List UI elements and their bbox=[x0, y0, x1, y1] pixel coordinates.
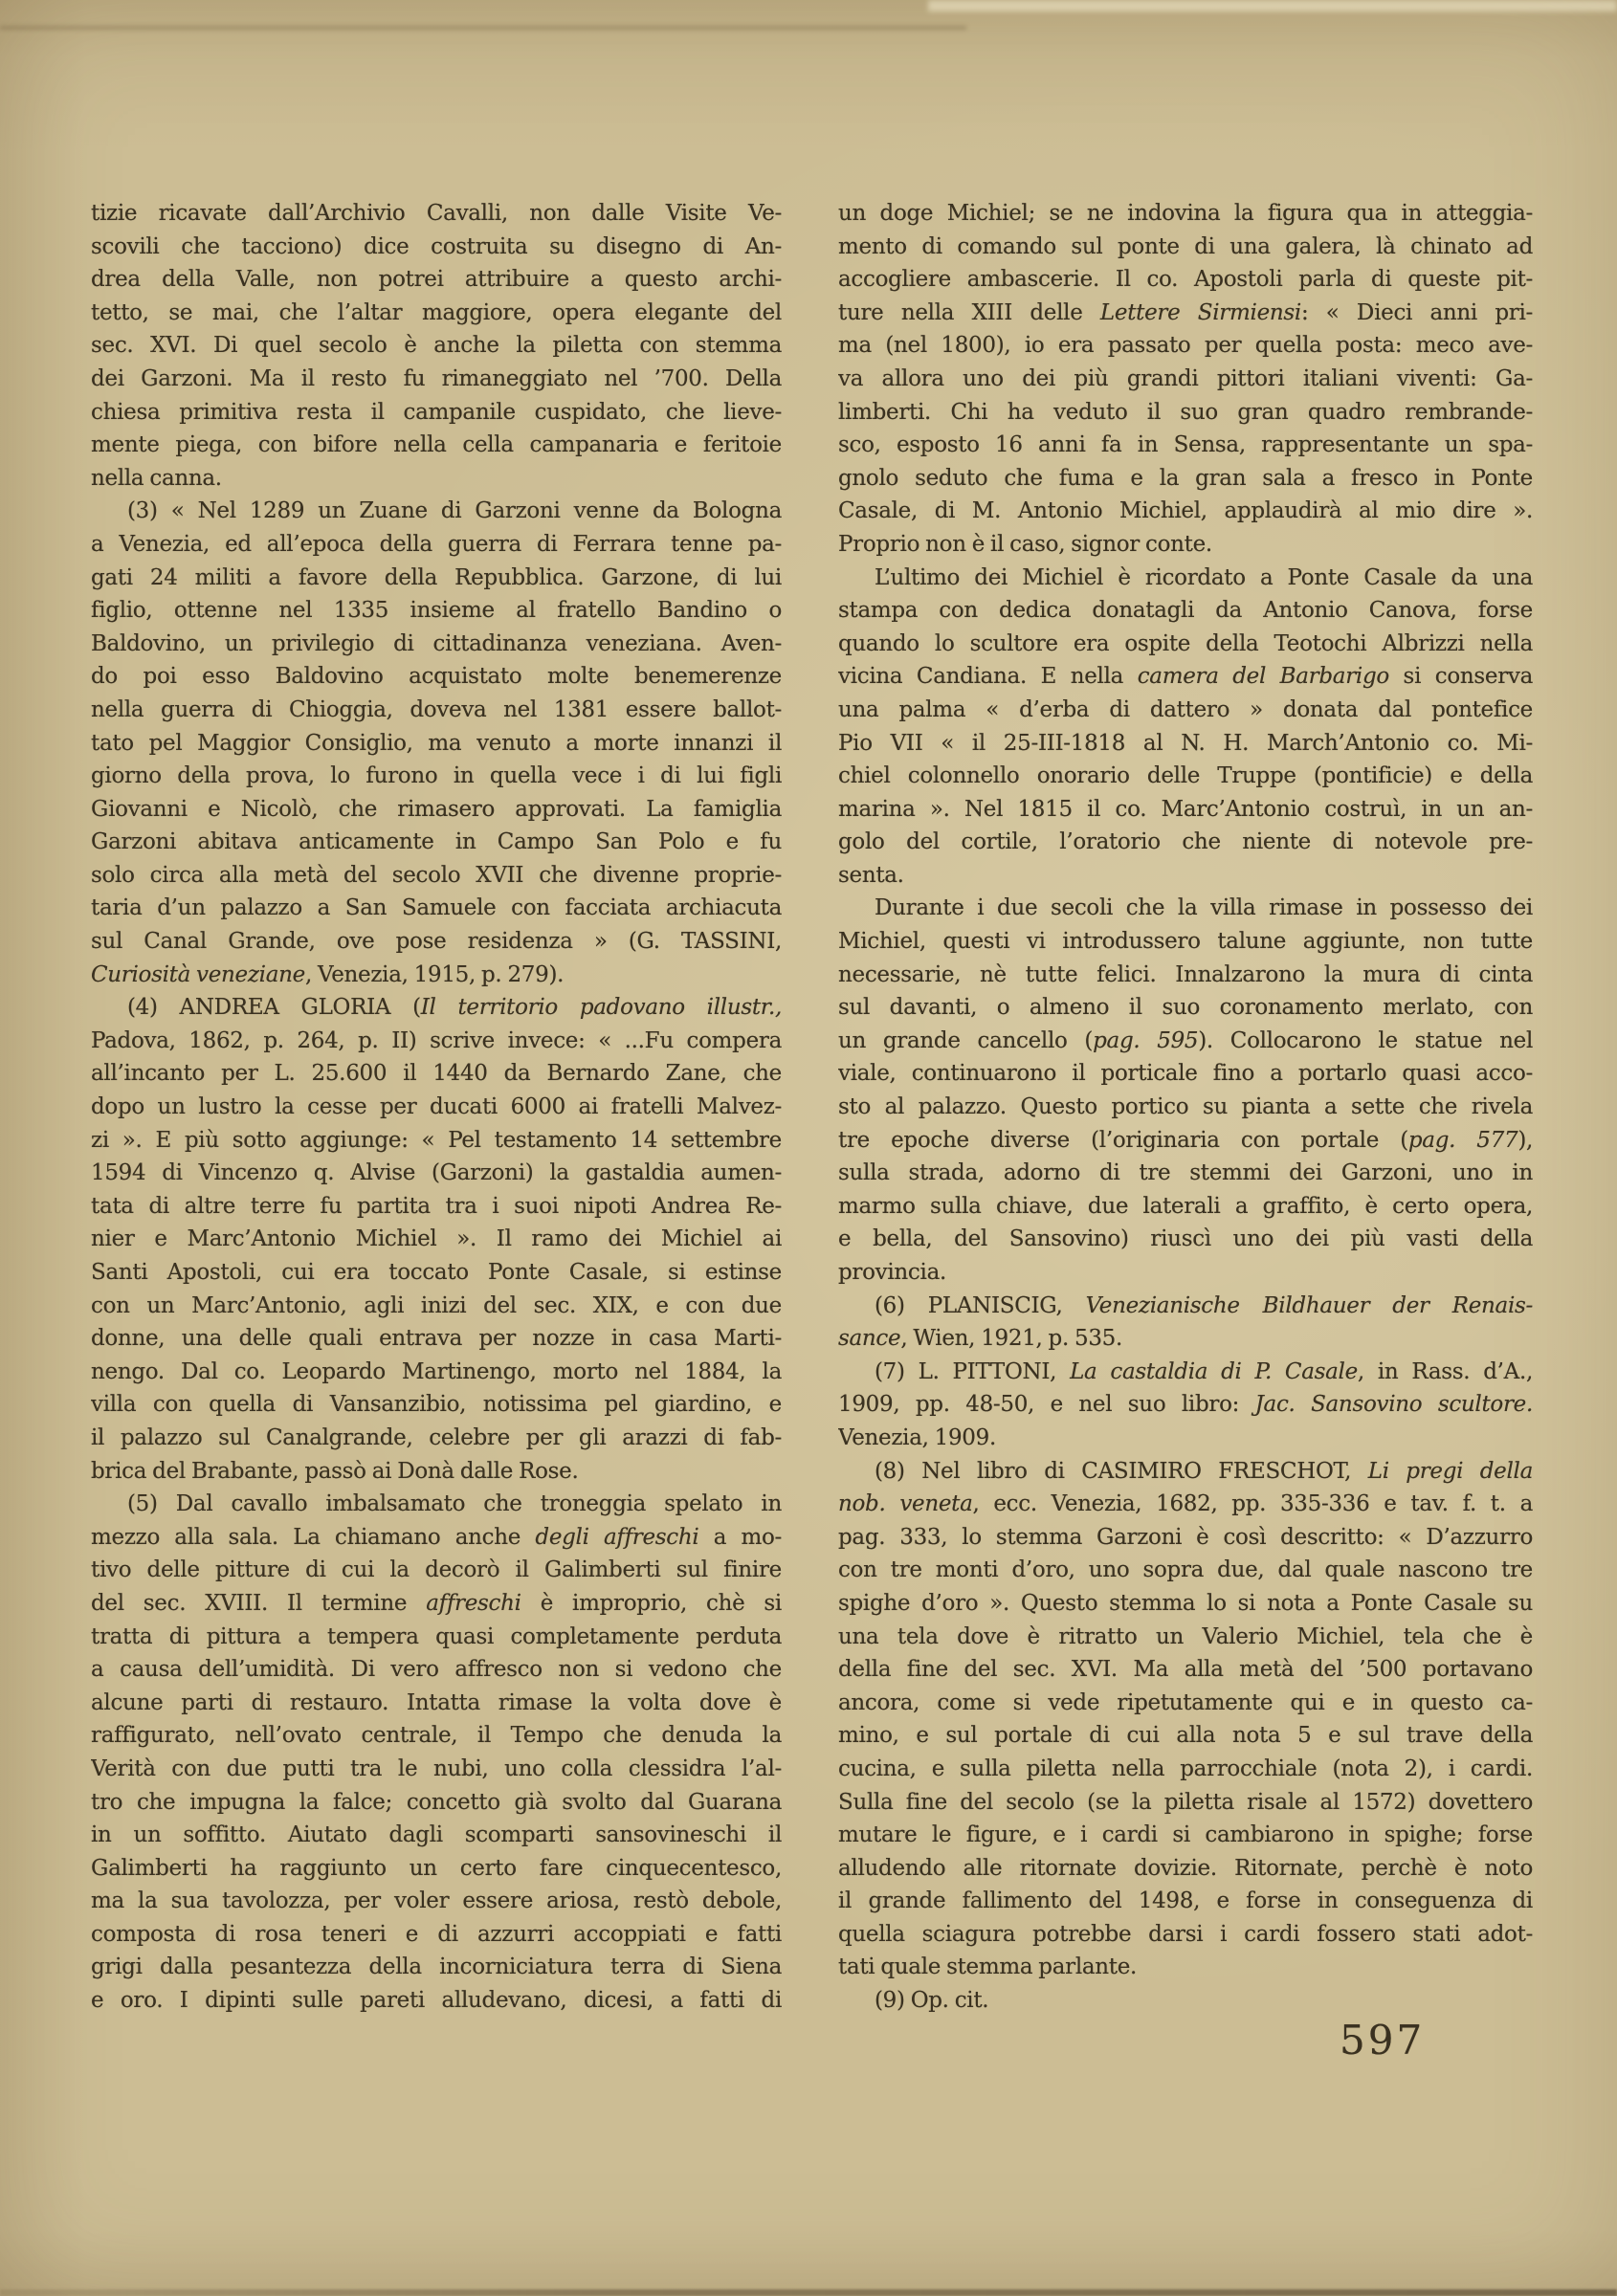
text-line: taria d’un palazzo a San Samuele con fac… bbox=[91, 892, 782, 925]
page-number: 597 bbox=[1340, 2017, 1425, 2064]
text-line: tratta di pittura a tempera quasi comple… bbox=[91, 1621, 782, 1654]
text-line: quella sciagura potrebbe darsi i cardi f… bbox=[838, 1918, 1533, 1952]
text-column-left: tizie ricavate dall’Archivio Cavalli, no… bbox=[91, 197, 782, 2018]
text-line: (5) Dal cavallo imbalsamato che troneggi… bbox=[91, 1488, 782, 1521]
text-line: ture nella XIII delle Lettere Sirmiensi:… bbox=[838, 297, 1533, 330]
text-line: senta. bbox=[838, 859, 1533, 893]
text-line: figlio, ottenne nel 1335 insieme al frat… bbox=[91, 594, 782, 628]
text-line: una tela dove è ritratto un Valerio Mich… bbox=[838, 1621, 1533, 1654]
text-line: quando lo scultore era ospite della Teot… bbox=[838, 628, 1533, 661]
text-line: gnolo seduto che fuma e la gran sala a f… bbox=[838, 462, 1533, 496]
text-line: mino, e sul portale di cui alla nota 5 e… bbox=[838, 1719, 1533, 1753]
text-line: gati 24 militi a favore della Repubblica… bbox=[91, 562, 782, 595]
text-line: in un soffitto. Aiutato dagli scomparti … bbox=[91, 1819, 782, 1852]
text-line: a causa dell’umidità. Di vero affresco n… bbox=[91, 1653, 782, 1687]
text-line: L’ultimo dei Michiel è ricordato a Ponte… bbox=[838, 562, 1533, 595]
text-line: sul Canal Grande, ove pose residenza » (… bbox=[91, 925, 782, 959]
text-line: e bella, del Sansovino) riuscì uno dei p… bbox=[838, 1223, 1533, 1256]
text-line: scovili che tacciono) dice costruita su … bbox=[91, 231, 782, 264]
text-line: tre epoche diverse (l’originaria con por… bbox=[838, 1124, 1533, 1158]
text-line: Curiosità veneziane, Venezia, 1915, p. 2… bbox=[91, 959, 782, 992]
text-line: va allora uno dei più grandi pittori ita… bbox=[838, 363, 1533, 396]
text-line: una palma « d’erba di dattero » donata d… bbox=[838, 694, 1533, 727]
text-line: ancora, come si vede ripetutamente qui e… bbox=[838, 1687, 1533, 1720]
text-line: 1909, pp. 48-50, e nel suo libro: Jac. S… bbox=[838, 1388, 1533, 1422]
text-line: chiel colonnello onorario delle Truppe (… bbox=[838, 760, 1533, 793]
text-line: Verità con due putti tra le nubi, uno co… bbox=[91, 1753, 782, 1786]
text-line: Durante i due secoli che la villa rimase… bbox=[838, 892, 1533, 925]
text-line: Santi Apostoli, cui era toccato Ponte Ca… bbox=[91, 1256, 782, 1290]
text-line: sulla strada, adorno di tre stemmi dei G… bbox=[838, 1157, 1533, 1190]
text-line: il grande fallimento del 1498, e forse i… bbox=[838, 1885, 1533, 1918]
text-line: a Venezia, ed all’epoca della guerra di … bbox=[91, 528, 782, 562]
text-line: alludendo alle ritornate dovizie. Ritorn… bbox=[838, 1852, 1533, 1886]
text-line: marmo sulla chiave, due laterali a graff… bbox=[838, 1190, 1533, 1224]
text-line: spighe d’oro ». Questo stemma lo si nota… bbox=[838, 1587, 1533, 1621]
text-line: (4) ANDREA GLORIA (Il territorio padovan… bbox=[91, 991, 782, 1025]
text-line: Michiel, questi vi introdussero talune a… bbox=[838, 925, 1533, 959]
text-line: tetto, se mai, che l’altar maggiore, ope… bbox=[91, 297, 782, 330]
text-line: ma la sua tavolozza, per voler essere ar… bbox=[91, 1885, 782, 1918]
text-line: Baldovino, un privilegio di cittadinanza… bbox=[91, 628, 782, 661]
text-line: mutare le figure, e i cardi si cambiaron… bbox=[838, 1819, 1533, 1852]
text-line: un grande cancello (pag. 595). Collocaro… bbox=[838, 1025, 1533, 1058]
text-line: nob. veneta, ecc. Venezia, 1682, pp. 335… bbox=[838, 1488, 1533, 1521]
text-line: sance, Wien, 1921, p. 535. bbox=[838, 1322, 1533, 1356]
text-line: un doge Michiel; se ne indovina la figur… bbox=[838, 197, 1533, 231]
text-line: il palazzo sul Canalgrande, celebre per … bbox=[91, 1422, 782, 1455]
text-line: sto al palazzo. Questo portico su pianta… bbox=[838, 1091, 1533, 1124]
text-line: marina ». Nel 1815 il co. Marc’Antonio c… bbox=[838, 793, 1533, 827]
text-line: zi ». E più sotto aggiunge: « Pel testam… bbox=[91, 1124, 782, 1158]
text-line: drea della Valle, non potrei attribuire … bbox=[91, 263, 782, 297]
text-line: tato pel Maggior Consiglio, ma venuto a … bbox=[91, 727, 782, 761]
text-line: grigi dalla pesantezza della incorniciat… bbox=[91, 1951, 782, 1984]
text-line: viale, continuarono il porticale fino a … bbox=[838, 1057, 1533, 1091]
text-line: golo del cortile, l’oratorio che niente … bbox=[838, 826, 1533, 859]
text-line: e oro. I dipinti sulle pareti alludevano… bbox=[91, 1984, 782, 2018]
text-line: nella guerra di Chioggia, doveva nel 138… bbox=[91, 694, 782, 727]
text-line: tizie ricavate dall’Archivio Cavalli, no… bbox=[91, 197, 782, 231]
text-line: composta di rosa teneri e di azzurri acc… bbox=[91, 1918, 782, 1952]
scan-artifact-top-light bbox=[928, 0, 1617, 11]
text-line: Pio VII « il 25-III-1818 al N. H. March’… bbox=[838, 727, 1533, 761]
text-line: Sulla fine del secolo (se la piletta ris… bbox=[838, 1786, 1533, 1820]
text-line: nier e Marc’Antonio Michiel ». Il ramo d… bbox=[91, 1223, 782, 1256]
text-line: Galimberti ha raggiunto un certo fare ci… bbox=[91, 1852, 782, 1886]
text-line: dopo un lustro la cesse per ducati 6000 … bbox=[91, 1091, 782, 1124]
text-line: con tre monti d’oro, uno sopra due, dal … bbox=[838, 1554, 1533, 1587]
text-line: Giovanni e Nicolò, che rimasero approvat… bbox=[91, 793, 782, 827]
text-line: Garzoni abitava anticamente in Campo San… bbox=[91, 826, 782, 859]
text-line: nella canna. bbox=[91, 462, 782, 496]
text-line: provincia. bbox=[838, 1256, 1533, 1290]
text-line: chiesa primitiva resta il campanile cusp… bbox=[91, 396, 782, 430]
text-line: villa con quella di Vansanzibio, notissi… bbox=[91, 1388, 782, 1422]
text-column-right: un doge Michiel; se ne indovina la figur… bbox=[838, 197, 1533, 2018]
text-line: (9) Op. cit. bbox=[838, 1984, 1533, 2018]
text-line: tro che impugna la falce; concetto già s… bbox=[91, 1786, 782, 1820]
text-line: con un Marc’Antonio, agli inizi del sec.… bbox=[91, 1290, 782, 1323]
text-line: (8) Nel libro di CASIMIRO FRESCHOT, Li p… bbox=[838, 1455, 1533, 1489]
text-line: giorno della prova, lo furono in quella … bbox=[91, 760, 782, 793]
scan-artifact-top-smudge bbox=[0, 26, 966, 30]
text-line: tati quale stemma parlante. bbox=[838, 1951, 1533, 1984]
text-line: vicina Candiana. E nella camera del Barb… bbox=[838, 660, 1533, 694]
text-line: mento di comando sul ponte di una galera… bbox=[838, 231, 1533, 264]
text-line: tata di altre terre fu partita tra i suo… bbox=[91, 1190, 782, 1224]
text-line: 1594 di Vincenzo q. Alvise (Garzoni) la … bbox=[91, 1157, 782, 1190]
text-line: mente piega, con bifore nella cella camp… bbox=[91, 429, 782, 462]
text-line: sec. XVI. Di quel secolo è anche la pile… bbox=[91, 329, 782, 363]
text-line: raffigurato, nell’ovato centrale, il Tem… bbox=[91, 1719, 782, 1753]
text-line: limberti. Chi ha veduto il suo gran quad… bbox=[838, 396, 1533, 430]
text-line: donne, una delle quali entrava per nozze… bbox=[91, 1322, 782, 1356]
text-line: del sec. XVIII. Il termine affreschi è i… bbox=[91, 1587, 782, 1621]
scan-artifact-bottom-edge bbox=[0, 2289, 1617, 2296]
text-line: all’incanto per L. 25.600 il 1440 da Ber… bbox=[91, 1057, 782, 1091]
text-line: necessarie, nè tutte felici. Innalzarono… bbox=[838, 959, 1533, 992]
text-line: Venezia, 1909. bbox=[838, 1422, 1533, 1455]
text-line: stampa con dedica donatagli da Antonio C… bbox=[838, 594, 1533, 628]
text-line: (7) L. PITTONI, La castaldia di P. Casal… bbox=[838, 1356, 1533, 1389]
text-line: Casale, di M. Antonio Michiel, applaudir… bbox=[838, 495, 1533, 528]
text-line: (3) « Nel 1289 un Zuane di Garzoni venne… bbox=[91, 495, 782, 528]
text-line: pag. 333, lo stemma Garzoni è così descr… bbox=[838, 1521, 1533, 1555]
text-line: (6) PLANISCIG, Venezianische Bildhauer d… bbox=[838, 1290, 1533, 1323]
text-line: solo circa alla metà del secolo XVII che… bbox=[91, 859, 782, 893]
text-line: Proprio non è il caso, signor conte. bbox=[838, 528, 1533, 562]
text-line: alcune parti di restauro. Intatta rimase… bbox=[91, 1687, 782, 1720]
text-line: accogliere ambascerie. Il co. Apostoli p… bbox=[838, 263, 1533, 297]
text-line: sco, esposto 16 anni fa in Sensa, rappre… bbox=[838, 429, 1533, 462]
text-line: tivo delle pitture di cui la decorò il G… bbox=[91, 1554, 782, 1587]
text-line: cucina, e sulla piletta nella parrocchia… bbox=[838, 1753, 1533, 1786]
text-line: brica del Brabante, passò ai Donà dalle … bbox=[91, 1455, 782, 1489]
text-line: do poi esso Baldovino acquistato molte b… bbox=[91, 660, 782, 694]
text-line: sul davanti, o almeno il suo coronamento… bbox=[838, 991, 1533, 1025]
text-line: dei Garzoni. Ma il resto fu rimaneggiato… bbox=[91, 363, 782, 396]
text-line: nengo. Dal co. Leopardo Martinengo, mort… bbox=[91, 1356, 782, 1389]
text-line: ma (nel 1800), io era passato per quella… bbox=[838, 329, 1533, 363]
text-line: della fine del sec. XVI. Ma alla metà de… bbox=[838, 1653, 1533, 1687]
text-line: Padova, 1862, p. 264, p. II) scrive inve… bbox=[91, 1025, 782, 1058]
text-line: mezzo alla sala. La chiamano anche degli… bbox=[91, 1521, 782, 1555]
